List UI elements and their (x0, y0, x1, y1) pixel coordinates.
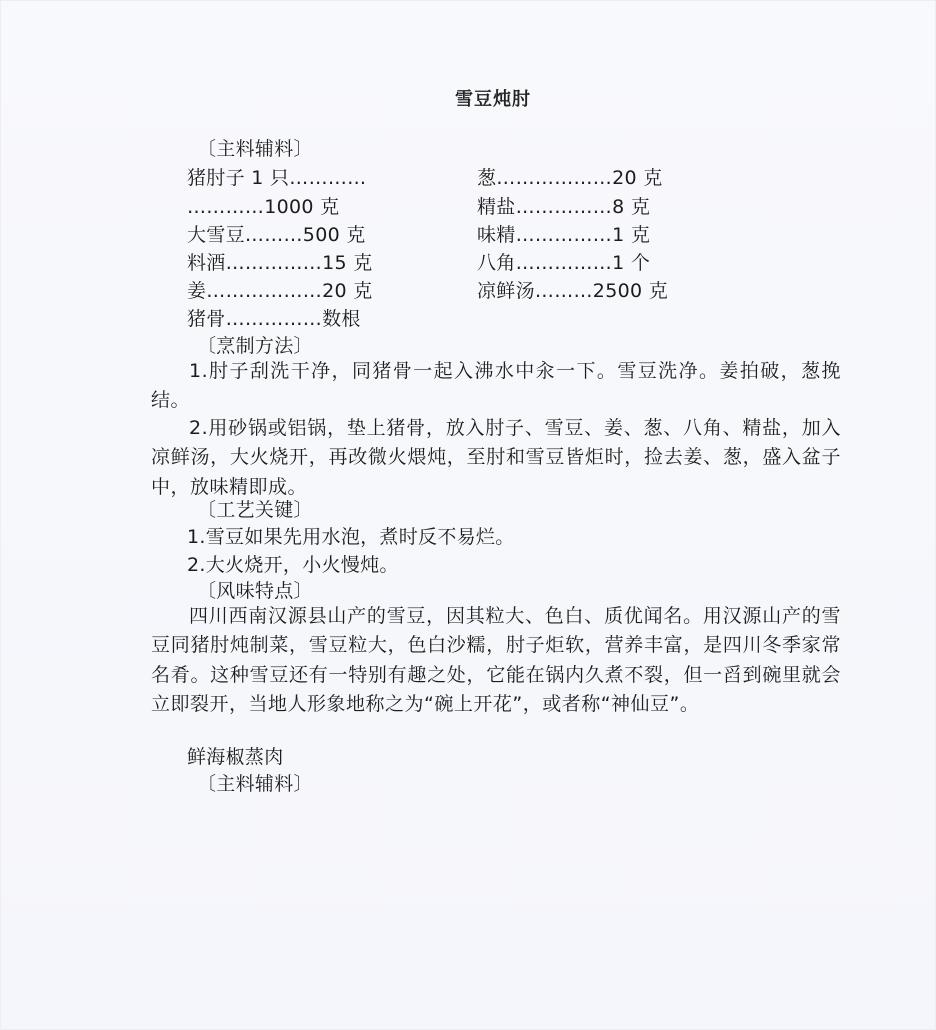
ingredient-item: 姜………………20 克 (187, 279, 373, 303)
key-point: 2.大火烧开，小火慢炖。 (187, 553, 399, 577)
ingredient-item: …………1000 克 (187, 195, 339, 219)
next-recipe-title: 鲜海椒蒸肉 (187, 745, 284, 769)
ingredient-item: 凉鲜汤………2500 克 (477, 279, 668, 303)
recipe-title: 雪豆炖肘 (1, 85, 936, 111)
ingredient-item: 精盐……………8 克 (477, 195, 650, 219)
ingredient-item: 味精……………1 克 (477, 223, 650, 247)
ingredient-item: 大雪豆………500 克 (187, 223, 366, 247)
ingredient-item: 八角……………1 个 (477, 251, 650, 275)
method-step: 2.用砂锅或铝锅，垫上猪骨，放入肘子、雪豆、姜、葱、八角、精盐，加入凉鲜汤，大火… (151, 414, 841, 502)
ingredient-item: 料酒……………15 克 (187, 251, 373, 275)
key-point: 1.雪豆如果先用水泡，煮时反不易烂。 (187, 525, 515, 549)
next-recipe-ingredients-heading: 〔主料辅料〕 (197, 772, 313, 796)
ingredient-item: 猪肘子 1 只………… (187, 166, 366, 190)
flavor-heading: 〔风味特点〕 (197, 579, 313, 603)
document-page: 雪豆炖肘 〔主料辅料〕 猪肘子 1 只………… …………1000 克 大雪豆……… (0, 0, 936, 1030)
key-points-heading: 〔工艺关键〕 (197, 498, 313, 522)
method-heading: 〔烹制方法〕 (197, 334, 313, 358)
flavor-paragraph: 四川西南汉源县山产的雪豆，因其粒大、色白、质优闻名。用汉源山产的雪豆同猪肘炖制菜… (151, 602, 841, 719)
method-step: 1.肘子刮洗干净，同猪骨一起入沸水中汆一下。雪豆洗净。姜拍破，葱挽结。 (151, 357, 841, 416)
ingredient-item: 葱………………20 克 (477, 166, 663, 190)
ingredient-item: 猪骨……………数根 (187, 307, 361, 331)
ingredients-heading: 〔主料辅料〕 (197, 137, 313, 161)
